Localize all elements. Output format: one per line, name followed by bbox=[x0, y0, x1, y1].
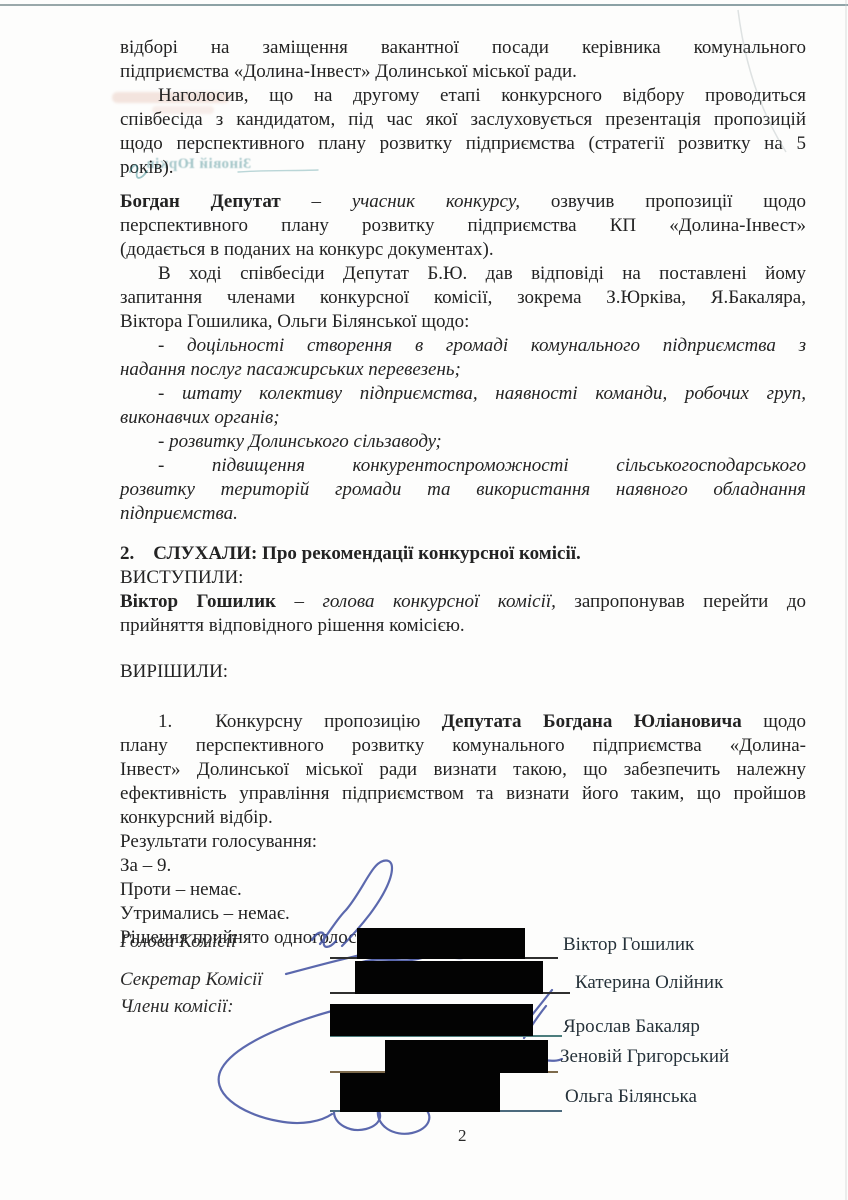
redaction-box bbox=[385, 1040, 548, 1073]
voting-result-line-line: За – 9. bbox=[120, 854, 806, 878]
voting-result-line-line: Проти – немає. bbox=[120, 878, 806, 902]
document-page: Зіновій Юрків відборі на заміщення вакан… bbox=[0, 0, 848, 1200]
paragraph-line: Віктора Гошилика, Ольги Білянської щодо: bbox=[120, 310, 806, 334]
scanned-document-page: { "page": { "number": "2" }, "scan": { "… bbox=[0, 0, 848, 1200]
paragraph-line: конкурсний відбір. bbox=[120, 806, 806, 830]
list-item-line: - доцільності створення в громаді комуна… bbox=[120, 334, 806, 358]
list-item: - розвитку Долинського сільзаводу; bbox=[120, 430, 806, 454]
paragraph-line: 1. Конкурсну пропозицію Депутата Богдана… bbox=[120, 710, 806, 734]
list-item: - штату колективу підприємства, наявност… bbox=[120, 382, 806, 430]
voting-result-line: Проти – немає. bbox=[120, 878, 806, 902]
signatory-name: Зеновій Григорський bbox=[560, 1046, 729, 1068]
list-item-line: виконавчих органів; bbox=[120, 406, 806, 430]
voting-result-line-line: Утримались – немає. bbox=[120, 902, 806, 926]
paragraph-line: перспективного плану розвитку підприємст… bbox=[120, 214, 806, 238]
paragraph-line: (додається в поданих на конкурс документ… bbox=[120, 238, 806, 262]
paragraph-line: ефективність управління підприємством та… bbox=[120, 782, 806, 806]
list-item-line: надання послуг пасажирських перевезень; bbox=[120, 358, 806, 382]
paragraph-line: плану перспективного розвитку комунально… bbox=[120, 734, 806, 758]
redaction-box bbox=[355, 961, 543, 994]
section-heading-line: ВИРІШИЛИ: bbox=[120, 660, 806, 684]
paragraph-line: ВИСТУПИЛИ: bbox=[120, 566, 806, 590]
list-item: - доцільності створення в громаді комуна… bbox=[120, 334, 806, 382]
signatory-name: Ольга Білянська bbox=[565, 1086, 697, 1108]
paragraph: Богдан Депутат – учасник конкурсу, озвуч… bbox=[120, 190, 806, 262]
paragraph: В ході співбесіди Депутат Б.Ю. дав відпо… bbox=[120, 262, 806, 334]
list-item-line: підприємства. bbox=[120, 502, 806, 526]
voting-result-line: Утримались – немає. bbox=[120, 902, 806, 926]
paragraph-line: співбесіда з кандидатом, під час якої за… bbox=[120, 108, 806, 132]
paragraph-line: запитання членами конкурсної комісії, зо… bbox=[120, 286, 806, 310]
redaction-box bbox=[340, 1073, 500, 1112]
paragraph: відборі на заміщення вакантної посади ке… bbox=[120, 36, 806, 84]
signatory-role-label: Секретар Комісії bbox=[120, 969, 263, 991]
paragraph-line: Інвест» Долинської міської ради визнати … bbox=[120, 758, 806, 782]
paragraph-line: щодо перспективного плану розвитку підпр… bbox=[120, 132, 806, 156]
document-text: відборі на заміщення вакантної посади ке… bbox=[120, 36, 806, 950]
paragraph: Віктор Гошилик – голова конкурсної коміс… bbox=[120, 590, 806, 638]
list-item: - підвищення конкурентоспроможності сіль… bbox=[120, 454, 806, 526]
redaction-box bbox=[357, 928, 525, 959]
redaction-box bbox=[330, 1004, 533, 1036]
section-heading: 2. СЛУХАЛИ: Про рекомендації конкурсної … bbox=[120, 542, 806, 566]
signatory-name: Катерина Олійник bbox=[575, 972, 723, 994]
voting-result-line: Результати голосування: bbox=[120, 830, 806, 854]
signatory-name: Віктор Гошилик bbox=[563, 934, 694, 956]
paragraph-line: відборі на заміщення вакантної посади ке… bbox=[120, 36, 806, 60]
paragraph-line: Наголосив, що на другому етапі конкурсно… bbox=[120, 84, 806, 108]
paragraph: Наголосив, що на другому етапі конкурсно… bbox=[120, 84, 806, 180]
list-item-line: розвитку територій громади та використан… bbox=[120, 478, 806, 502]
paragraph: 1. Конкурсну пропозицію Депутата Богдана… bbox=[120, 710, 806, 830]
signatory-name: Ярослав Бакаляр bbox=[563, 1016, 700, 1038]
signatory-role-label: Голова Комісії bbox=[120, 931, 236, 953]
paragraph-line: прийняття відповідного рішення комісією. bbox=[120, 614, 806, 638]
paragraph-line: років). bbox=[120, 156, 806, 180]
paragraph: ВИСТУПИЛИ: bbox=[120, 566, 806, 590]
list-item-line: - розвитку Долинського сільзаводу; bbox=[120, 430, 806, 454]
list-item-line: - підвищення конкурентоспроможності сіль… bbox=[120, 454, 806, 478]
paragraph-line: підприємства «Долина-Інвест» Долинської … bbox=[120, 60, 806, 84]
page-number: 2 bbox=[458, 1126, 467, 1146]
list-item-line: - штату колективу підприємства, наявност… bbox=[120, 382, 806, 406]
scan-edge-line-top bbox=[0, 4, 848, 6]
voting-result-line-line: Результати голосування: bbox=[120, 830, 806, 854]
scan-edge-line-right bbox=[845, 0, 847, 1200]
paragraph-line: Богдан Депутат – учасник конкурсу, озвуч… bbox=[120, 190, 806, 214]
section-heading: ВИРІШИЛИ: bbox=[120, 660, 806, 684]
voting-result-line: За – 9. bbox=[120, 854, 806, 878]
signatory-role-label: Члени комісії: bbox=[120, 996, 234, 1018]
paragraph-line: В ході співбесіди Депутат Б.Ю. дав відпо… bbox=[120, 262, 806, 286]
paragraph-line: Віктор Гошилик – голова конкурсної коміс… bbox=[120, 590, 806, 614]
section-heading-line: 2. СЛУХАЛИ: Про рекомендації конкурсної … bbox=[120, 542, 806, 566]
